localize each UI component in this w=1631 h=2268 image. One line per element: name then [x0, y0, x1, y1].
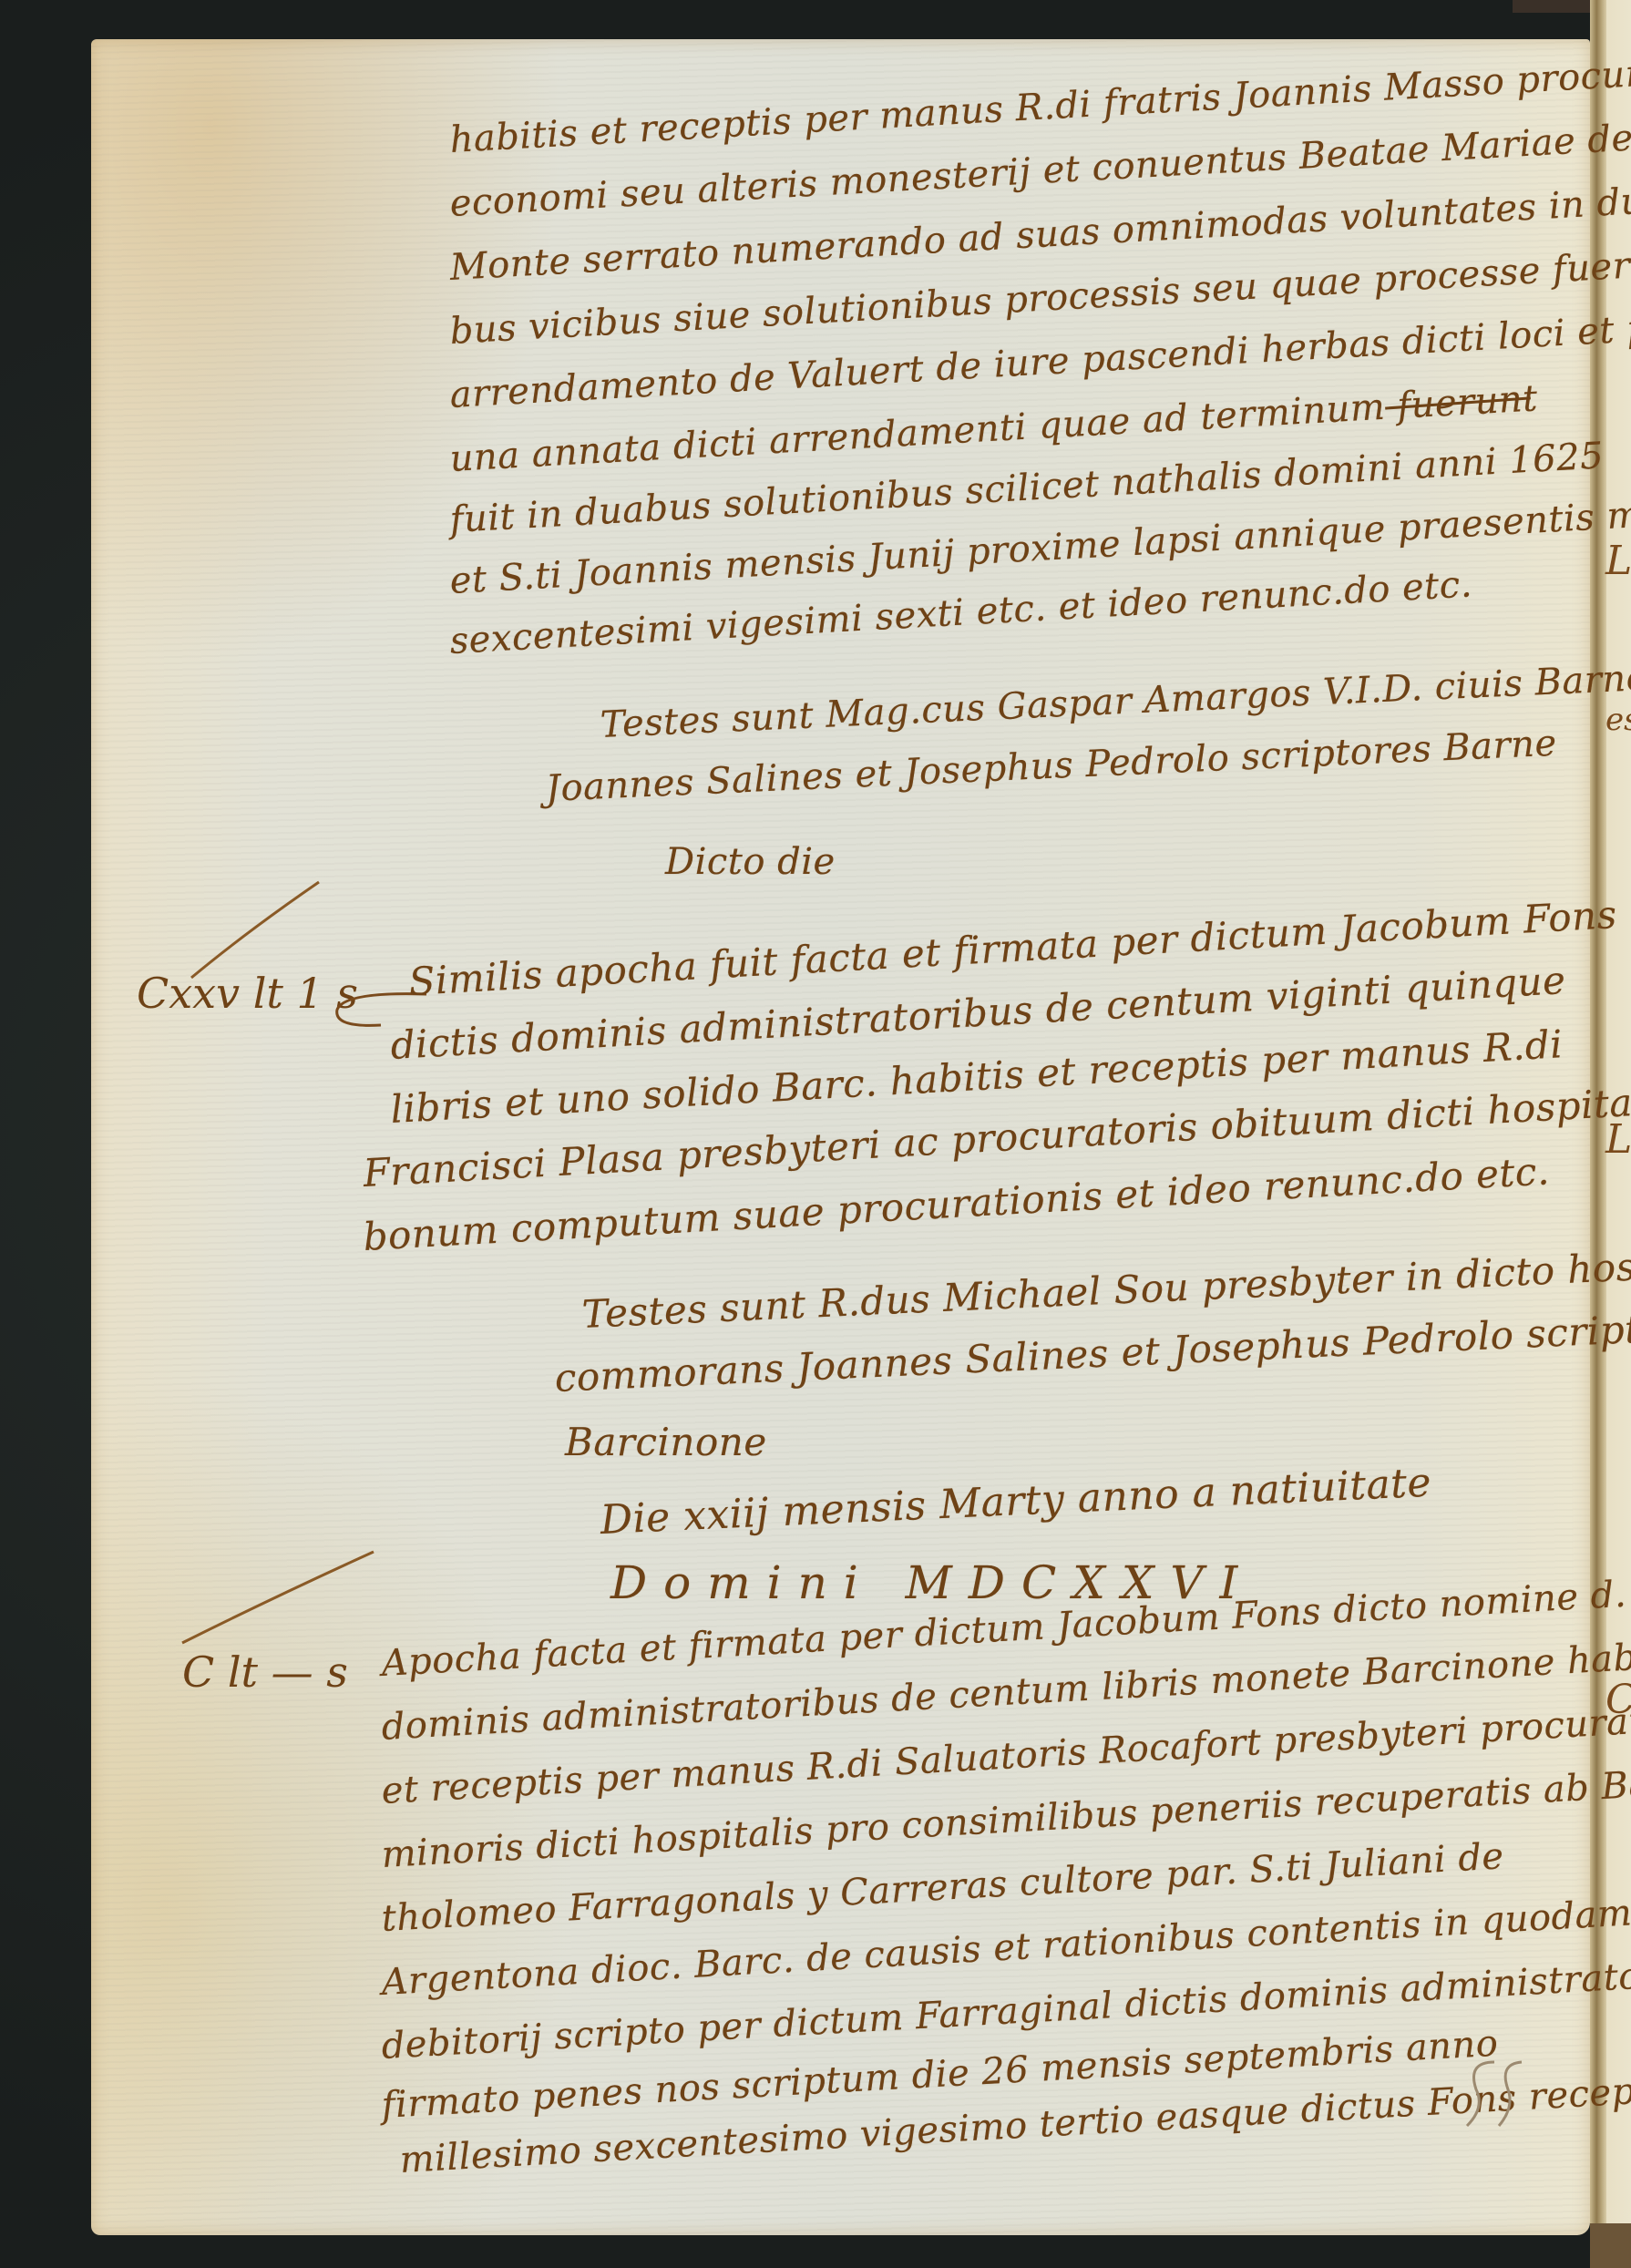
margin-amount: C lt — s [182, 1647, 348, 1697]
margin-stroke [173, 1543, 383, 1652]
witness-line: Barcinone [565, 1420, 767, 1464]
facing-fragment: es [1605, 702, 1631, 738]
page-end-flourish [1458, 2053, 1531, 2135]
closing-line: Dicto die [665, 841, 836, 883]
date-line: Die xxiij mensis Marty anno a natiuitate [600, 1460, 1432, 1544]
manuscript-page: habitis et receptis per manus R.di fratr… [91, 39, 1590, 2235]
margin-amount: Cxxv lt 1 s [137, 969, 358, 1018]
facing-fragment: L [1605, 538, 1631, 584]
binding-bottom [1590, 2223, 1631, 2268]
